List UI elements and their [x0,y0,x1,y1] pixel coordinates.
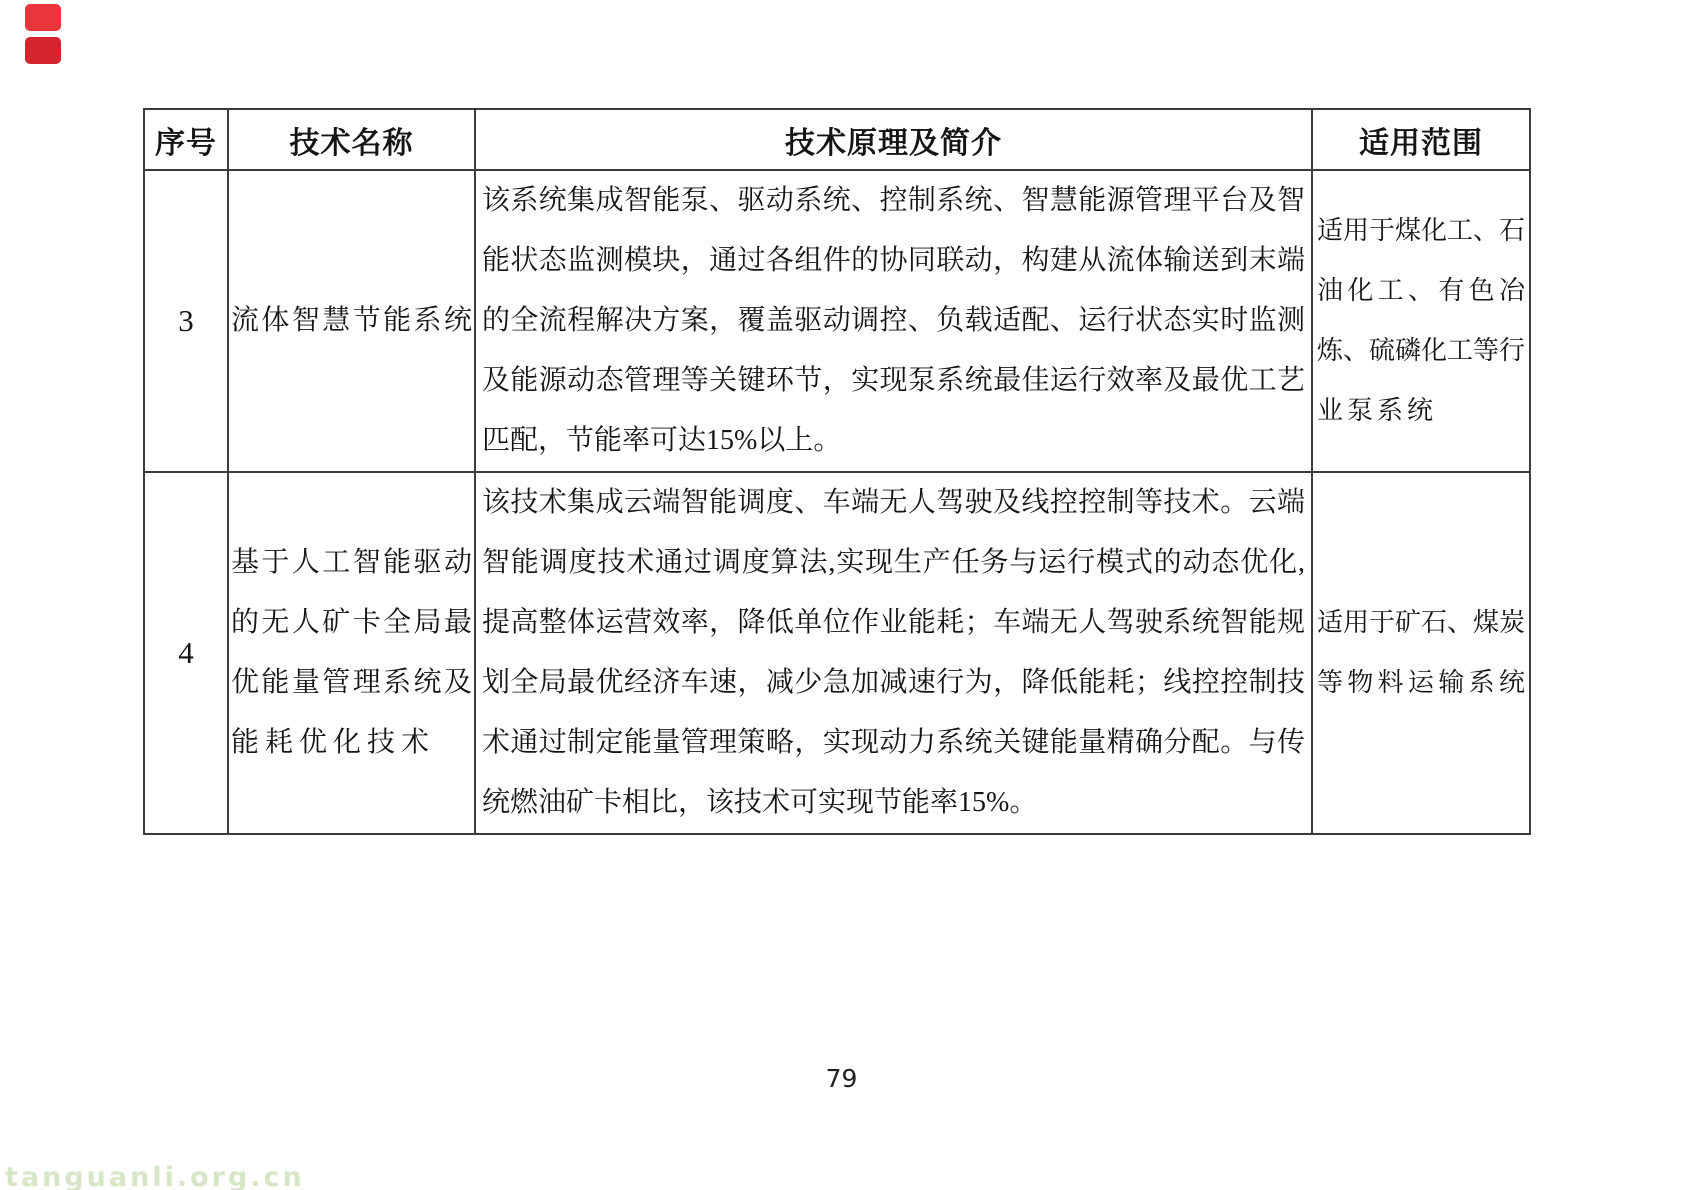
text-line: 智能调度技术通过调度算法,实现生产任务与运行模式的动态优化, [476,533,1311,593]
text-line: 该技术集成云端智能调度、车端无人驾驶及线控控制等技术。云端 [476,473,1311,533]
table-row-4: 4 基于人工智能驱动 的无人矿卡全局最 优能量管理系统及 能耗优化技术 该技术集… [144,472,1530,834]
text-line: 能状态监测模块，通过各组件的协同联动，构建从流体输送到末端 [476,231,1311,291]
text-line: 炼、硫磷化工等行 [1313,321,1529,381]
row4-desc-cell: 该技术集成云端智能调度、车端无人驾驶及线控控制等技术。云端 智能调度技术通过调度… [475,472,1312,834]
watermark-text: tanguanli.org.cn [5,1162,305,1190]
text-line: 基于人工智能驱动 [229,533,474,593]
row3-name-cell: 流体智慧节能系统 [228,170,475,472]
row3-scope-cell: 适用于煤化工、石 油化工、有色冶 炼、硫磷化工等行 业泵系统 [1312,170,1530,472]
row3-index-cell: 3 [144,170,228,472]
row3-name-text: 流体智慧节能系统 [229,291,474,351]
text-line: 术通过制定能量管理策略，实现动力系统关键能量精确分配。与传 [476,713,1311,773]
text-line: 适用于矿石、煤炭 [1313,593,1529,653]
text-line: 等物料运输系统 [1313,653,1529,713]
text-line: 匹配，节能率可达15%以上。 [476,411,1311,471]
header-col-scope: 适用范围 [1312,109,1530,170]
text-line: 提高整体运营效率，降低单位作业能耗；车端无人驾驶系统智能规 [476,593,1311,653]
text-line: 油化工、有色冶 [1313,261,1529,321]
technology-table: 序号 技术名称 技术原理及简介 适用范围 3 流体智慧节能系统 该系统集成智能泵… [143,108,1531,835]
red-corner-mark-bottom [25,37,61,64]
text-line: 的无人矿卡全局最 [229,593,474,653]
text-line: 能耗优化技术 [229,713,474,773]
text-line: 的全流程解决方案，覆盖驱动调控、负载适配、运行状态实时监测 [476,291,1311,351]
text-line: 适用于煤化工、石 [1313,201,1529,261]
table-header-row: 序号 技术名称 技术原理及简介 适用范围 [144,109,1530,170]
page-number: 79 [0,1064,1683,1093]
header-col-index: 序号 [144,109,228,170]
text-line: 及能源动态管理等关键环节，实现泵系统最佳运行效率及最优工艺 [476,351,1311,411]
row4-name-cell: 基于人工智能驱动 的无人矿卡全局最 优能量管理系统及 能耗优化技术 [228,472,475,834]
red-corner-mark-top [25,4,61,31]
row4-index-cell: 4 [144,472,228,834]
table-row-3: 3 流体智慧节能系统 该系统集成智能泵、驱动系统、控制系统、智慧能源管理平台及智… [144,170,1530,472]
header-col-name: 技术名称 [228,109,475,170]
header-col-desc: 技术原理及简介 [475,109,1312,170]
text-line: 统燃油矿卡相比，该技术可实现节能率15%。 [476,773,1311,833]
text-line: 划全局最优经济车速，减少急加减速行为，降低能耗；线控控制技 [476,653,1311,713]
document-page: 序号 技术名称 技术原理及简介 适用范围 3 流体智慧节能系统 该系统集成智能泵… [0,0,1683,1190]
text-line: 该系统集成智能泵、驱动系统、控制系统、智慧能源管理平台及智 [476,171,1311,231]
text-line: 优能量管理系统及 [229,653,474,713]
row4-scope-cell: 适用于矿石、煤炭 等物料运输系统 [1312,472,1530,834]
text-line: 业泵系统 [1313,381,1529,441]
row3-desc-cell: 该系统集成智能泵、驱动系统、控制系统、智慧能源管理平台及智 能状态监测模块，通过… [475,170,1312,472]
